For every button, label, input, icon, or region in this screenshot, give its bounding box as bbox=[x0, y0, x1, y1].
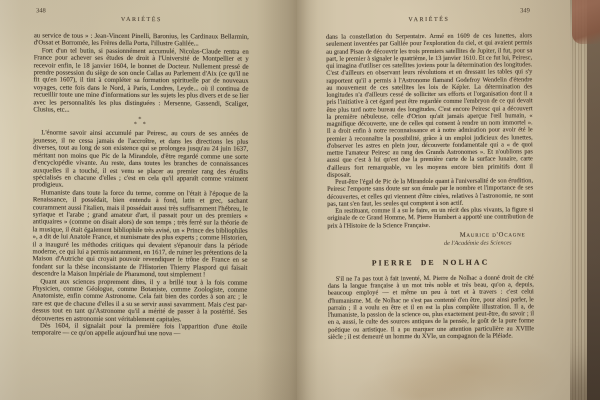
paragraph: Quant aux sciences proprement dites, il … bbox=[32, 278, 247, 324]
book-cover-edge bbox=[587, 0, 600, 400]
signature-affiliation: de l'Académie des Sciences bbox=[327, 239, 525, 247]
open-book-photo: 348 VARIÉTÉS au service de tous » : Jean… bbox=[0, 0, 600, 400]
paragraph: Humaniste dans toute la force du terme, … bbox=[32, 189, 248, 279]
right-page: VARIÉTÉS 349 dans la constellation du Se… bbox=[297, 0, 570, 400]
left-page: 348 VARIÉTÉS au service de tous » : Jean… bbox=[0, 0, 297, 400]
paragraph: S'il ne l'a pas tout à fait inventé, M. … bbox=[328, 274, 534, 341]
right-page-content: VARIÉTÉS 349 dans la constellation du Se… bbox=[326, 7, 534, 340]
book-fore-edge bbox=[570, 0, 587, 400]
running-title: VARIÉTÉS bbox=[121, 17, 162, 23]
paragraph: En restituant, comme il a su le faire, e… bbox=[327, 206, 533, 229]
left-running-head: 348 VARIÉTÉS bbox=[34, 7, 249, 18]
asterism-bottom: * * bbox=[33, 122, 248, 128]
left-body-text: au service de tous » : Jean-Vincent Pine… bbox=[32, 32, 249, 338]
signature-name: Maurice d'Ocagne bbox=[327, 231, 525, 239]
red-cover-corner bbox=[572, 0, 600, 44]
running-title: VARIÉTÉS bbox=[408, 17, 449, 23]
paragraph: au service de tous » : Jean-Vincent Pine… bbox=[34, 32, 249, 48]
paragraph: Fort d'un tel butin, si passionnément ac… bbox=[33, 47, 248, 115]
page-number: 348 bbox=[36, 7, 46, 14]
paragraph: Peut-être l'égal de Pic de la Mirandole … bbox=[327, 177, 533, 207]
paragraph: L'énorme savoir ainsi accumulé par Peire… bbox=[33, 130, 248, 191]
right-running-head: VARIÉTÉS 349 bbox=[326, 7, 532, 18]
asterism-separator: * * * bbox=[33, 118, 248, 128]
page-number: 349 bbox=[520, 7, 530, 14]
section-heading: PIERRE DE NOLHAC bbox=[328, 257, 534, 267]
left-page-content: 348 VARIÉTÉS au service de tous » : Jean… bbox=[32, 7, 249, 338]
right-body-text: dans la constellation du Serpentaire. Ar… bbox=[326, 32, 534, 340]
signature-block: Maurice d'Ocagne de l'Académie des Scien… bbox=[327, 231, 533, 247]
paragraph: Dès 1604, il signalait pour la première … bbox=[32, 322, 247, 338]
paragraph: dans la constellation du Serpentaire. Ar… bbox=[326, 32, 533, 178]
